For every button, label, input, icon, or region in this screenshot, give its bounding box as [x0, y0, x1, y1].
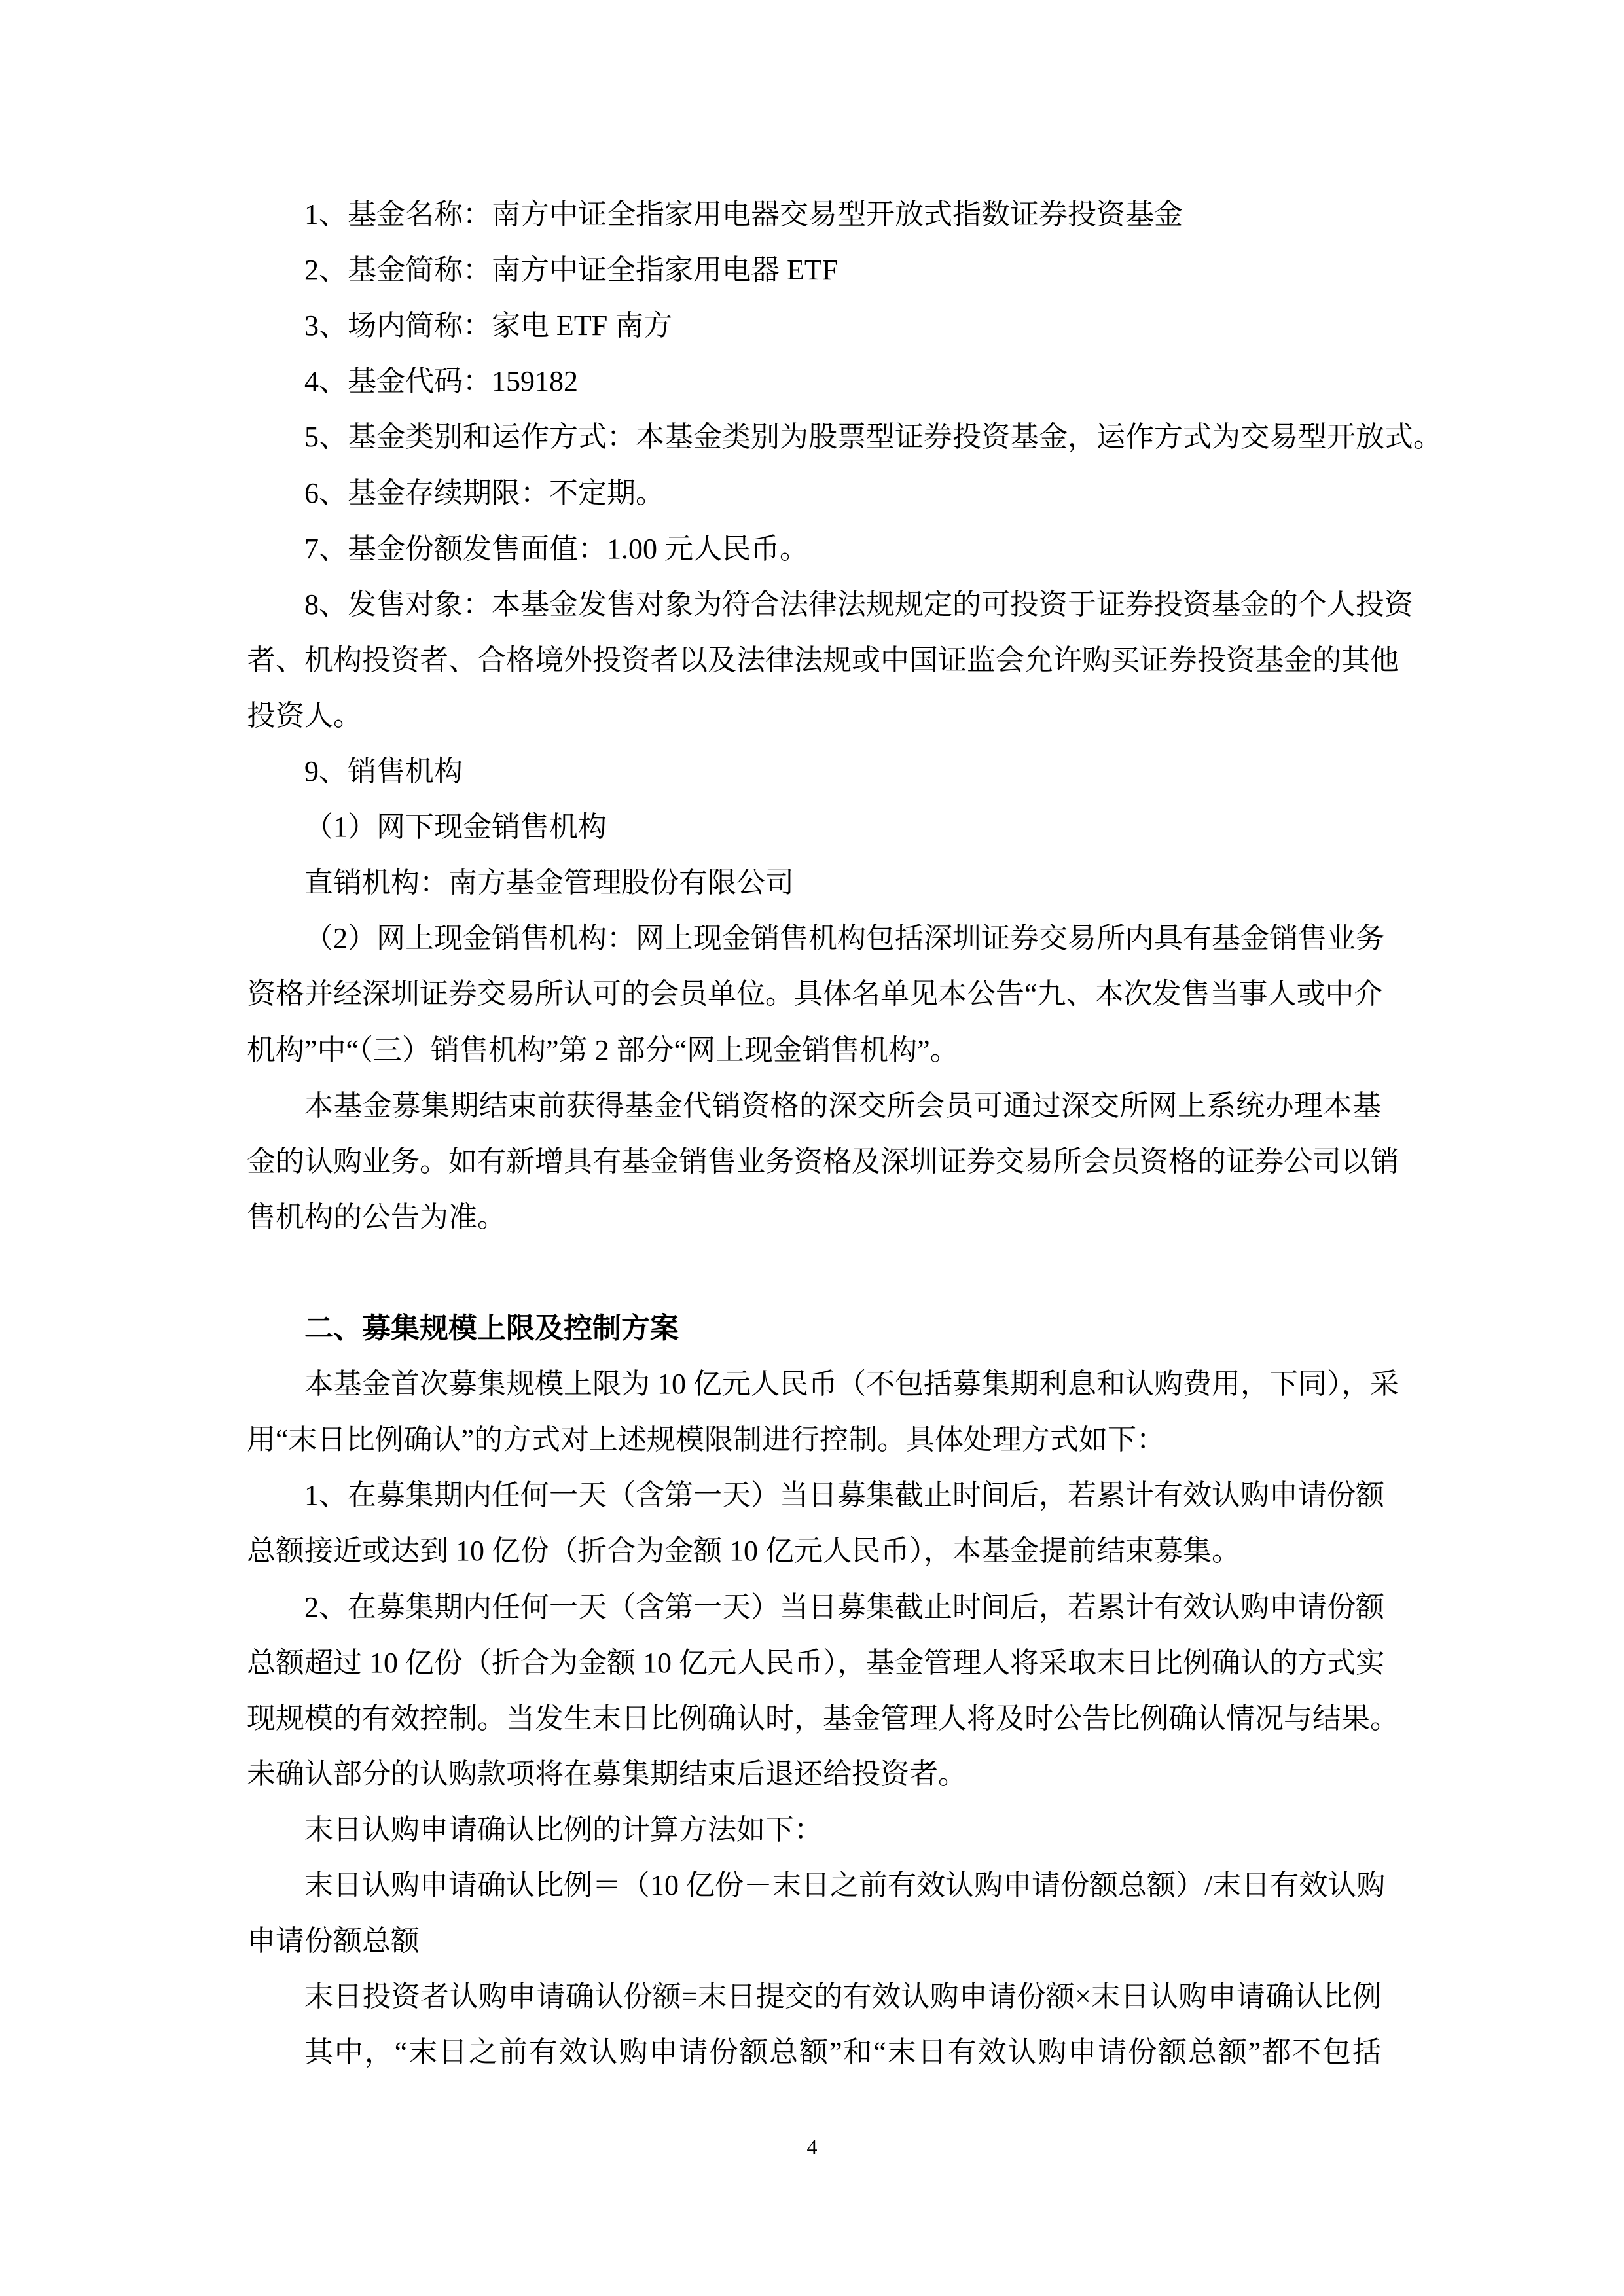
- fund-type-line: 5、基金类别和运作方式：本基金类别为股票型证券投资基金，运作方式为交易型开放式。: [304, 418, 1381, 457]
- formula-note-line: 其中，“末日之前有效认购申请份额总额”和“末日有效认购申请份额总额”都不包括: [304, 2033, 1381, 2072]
- section-heading: 二、募集规模上限及控制方案: [304, 1309, 1381, 1348]
- fund-name-line: 1、基金名称：南方中证全指家用电器交易型开放式指数证券投资基金: [304, 195, 1381, 234]
- paragraph-line: 未确认部分的认购款项将在募集期结束后退还给投资者。: [247, 1755, 1381, 1794]
- paragraph-line: （2）网上现金销售机构：网上现金销售机构包括深圳证券交易所内具有基金销售业务: [304, 919, 1381, 958]
- paragraph-line: 末日认购申请确认比例＝（10 亿份－末日之前有效认购申请份额总额）/末日有效认购: [304, 1866, 1381, 1905]
- paragraph-line: 投资人。: [247, 696, 1381, 736]
- paragraph-line: 8、发售对象：本基金发售对象为符合法律法规规定的可投资于证券投资基金的个人投资: [304, 585, 1381, 624]
- fund-code-line: 4、基金代码：159182: [304, 362, 1381, 401]
- paragraph-line: 2、在募集期内任何一天（含第一天）当日募集截止时间后，若累计有效认购申请份额: [304, 1588, 1381, 1627]
- paragraph-line: 用“末日比例确认”的方式对上述规模限制进行控制。具体处理方式如下：: [247, 1420, 1381, 1460]
- fund-par-value-line: 7、基金份额发售面值：1.00 元人民币。: [304, 529, 1381, 569]
- paragraph-line: 资格并经深圳证券交易所认可的会员单位。具体名单见本公告“九、本次发售当事人或中介: [247, 975, 1381, 1014]
- paragraph-line: 申请份额总额: [247, 1922, 1381, 1961]
- exchange-short-name-line: 3、场内简称：家电 ETF 南方: [304, 306, 1381, 346]
- direct-sales-line: 直销机构：南方基金管理股份有限公司: [304, 863, 1381, 903]
- calculation-intro-line: 末日认购申请确认比例的计算方法如下：: [304, 1810, 1381, 1850]
- paragraph-line: 机构”中“（三）销售机构”第 2 部分“网上现金销售机构”。: [247, 1031, 1381, 1070]
- paragraph-line: 总额超过 10 亿份（折合为金额 10 亿元人民币），基金管理人将采取末日比例确…: [247, 1643, 1381, 1683]
- paragraph-line: 者、机构投资者、合格境外投资者以及法律法规或中国证监会允许购买证券投资基金的其他: [247, 641, 1381, 680]
- page-number: 4: [0, 2132, 1624, 2161]
- paragraph-line: 售机构的公告为准。: [247, 1198, 1381, 1237]
- confirmed-shares-formula-line: 末日投资者认购申请确认份额=末日提交的有效认购申请份额×末日认购申请确认比例: [304, 1977, 1381, 2017]
- paragraph-line: 本基金首次募集规模上限为 10 亿元人民币（不包括募集期利息和认购费用，下同），…: [304, 1365, 1381, 1404]
- paragraph-line: 1、在募集期内任何一天（含第一天）当日募集截止时间后，若累计有效认购申请份额: [304, 1476, 1381, 1515]
- sales-agencies-heading: 9、销售机构: [304, 752, 1381, 791]
- offline-sales-subheading: （1）网下现金销售机构: [304, 808, 1381, 847]
- fund-short-name-line: 2、基金简称：南方中证全指家用电器 ETF: [304, 251, 1381, 290]
- paragraph-line: 现规模的有效控制。当发生末日比例确认时，基金管理人将及时公告比例确认情况与结果。: [247, 1699, 1381, 1738]
- paragraph-line: 总额接近或达到 10 亿份（折合为金额 10 亿元人民币），本基金提前结束募集。: [247, 1532, 1381, 1571]
- document-page: 1、基金名称：南方中证全指家用电器交易型开放式指数证券投资基金 2、基金简称：南…: [0, 0, 1624, 2296]
- paragraph-line: 本基金募集期结束前获得基金代销资格的深交所会员可通过深交所网上系统办理本基: [304, 1086, 1381, 1126]
- paragraph-line: 金的认购业务。如有新增具有基金销售业务资格及深圳证券交易所会员资格的证券公司以销: [247, 1142, 1381, 1181]
- fund-duration-line: 6、基金存续期限：不定期。: [304, 474, 1381, 513]
